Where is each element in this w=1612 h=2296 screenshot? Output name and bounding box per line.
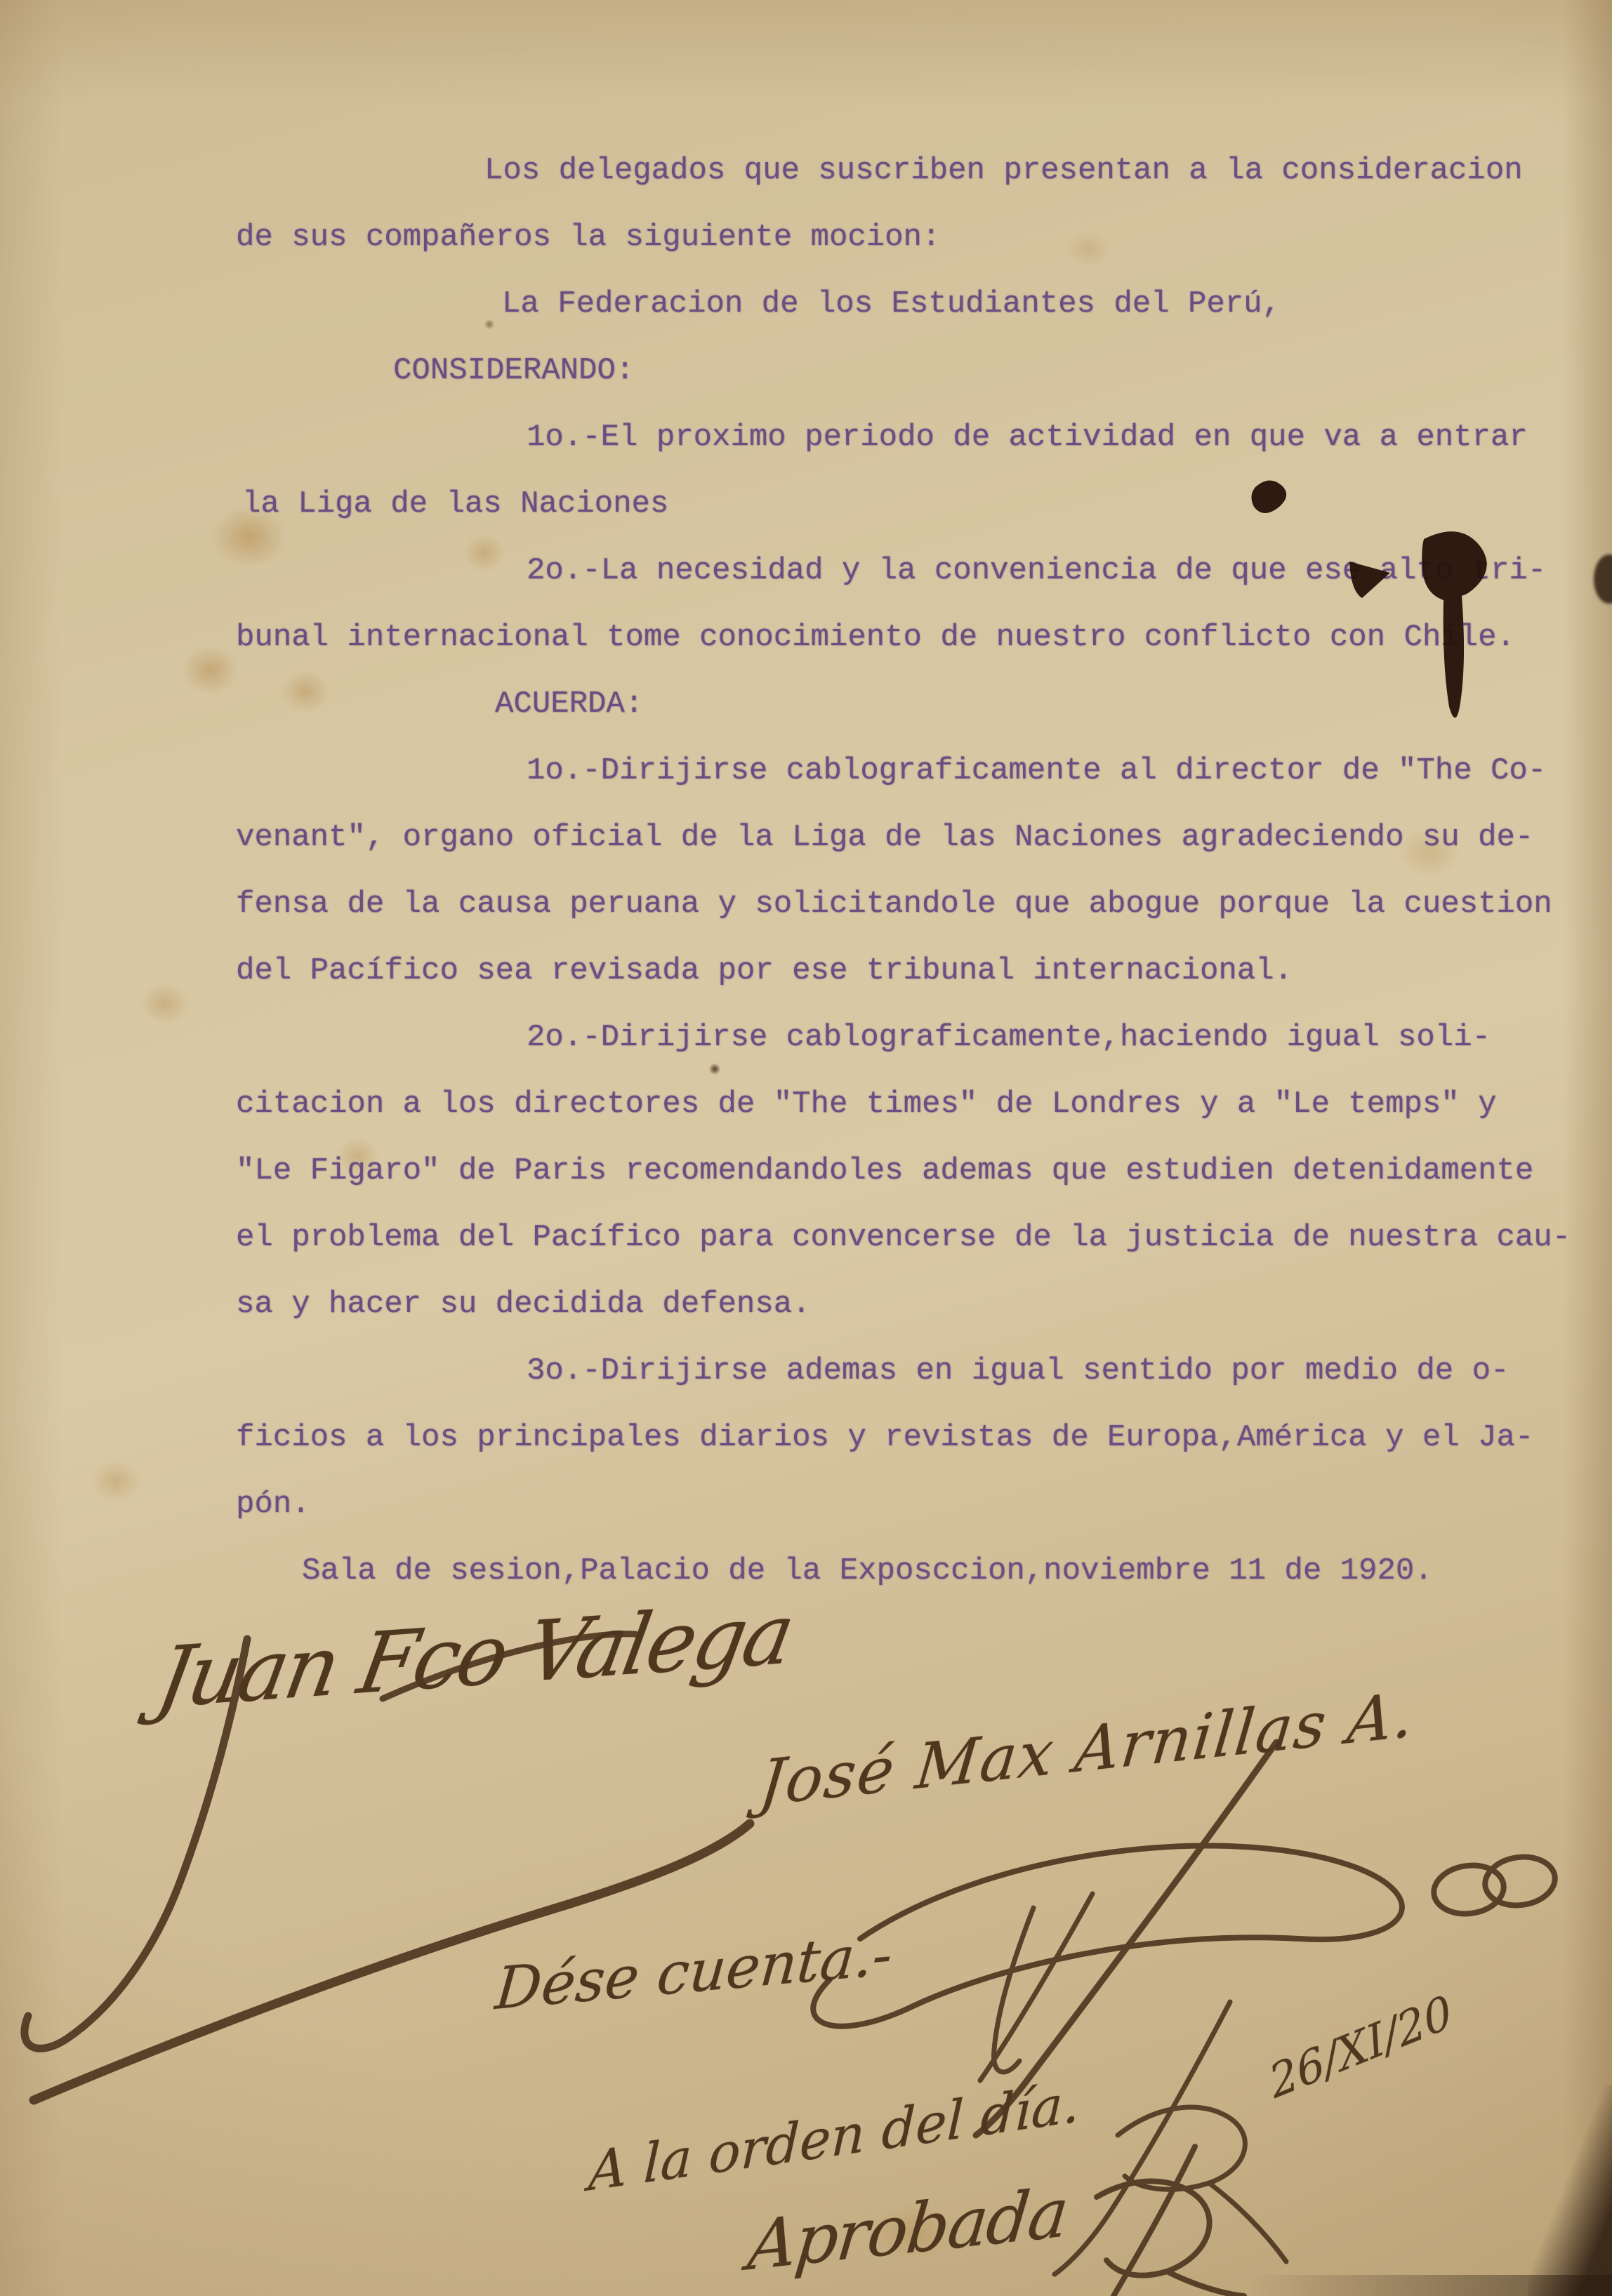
- typed-line: venant", organo oficial de la Liga de la…: [236, 820, 1533, 855]
- orden-del-dia-rubric: [1118, 2107, 1245, 2189]
- typed-line: 2o.-La necesidad y la conveniencia de qu…: [527, 553, 1546, 588]
- typed-line: "Le Figaro" de Paris recomendandoles ade…: [236, 1153, 1533, 1188]
- typed-line: de sus compañeros la siguiente mocion:: [236, 220, 940, 255]
- typed-line: 1o.-Dirijirse cablograficamente al direc…: [527, 753, 1546, 788]
- typed-line: citacion a los directores de "The times"…: [236, 1087, 1497, 1122]
- aprobada-rubric: [1097, 2182, 1210, 2276]
- typed-line: pón.: [236, 1487, 310, 1522]
- signature-jose-max-arnillas: José Max Arnillas A.: [756, 1678, 1418, 1820]
- arnillas-flourish-loops: [813, 1846, 1402, 2026]
- typed-line: Los delegados que suscriben presentan a …: [484, 153, 1523, 188]
- typed-line: 2o.-Dirijirse cablograficamente,haciendo…: [527, 1020, 1491, 1055]
- ink-blot: [1251, 480, 1286, 513]
- typed-line: fensa de la causa peruana y solicitandol…: [236, 887, 1552, 922]
- document-page: Los delegados que suscriben presentan a …: [0, 0, 1612, 2296]
- typed-line: la Liga de las Naciones: [242, 486, 668, 522]
- typed-line: 1o.-El proximo periodo de actividad en q…: [527, 420, 1528, 455]
- foxing-stain: [281, 670, 330, 712]
- signature-juan-fco-valega: Juan Fco Valega: [150, 1585, 799, 1727]
- arnillas-diagonal-stroke: [976, 1742, 1276, 2135]
- orden-del-dia-rubric: [1055, 2002, 1230, 2274]
- page-corner-shadow: [1528, 2085, 1612, 2296]
- typed-line: Sala de sesion,Palacio de la Exposccion,…: [302, 1553, 1433, 1588]
- annotation-date: 26/XI/20: [1264, 1986, 1458, 2109]
- foxing-stain: [140, 983, 190, 1025]
- ink-speck: [709, 1063, 720, 1075]
- annotation-aprobada: Aprobada: [744, 2172, 1071, 2286]
- foxing-stain: [463, 533, 506, 572]
- typed-line: sa y hacer su decidida defensa.: [236, 1287, 811, 1322]
- dese-cuenta-rubric: [980, 1894, 1092, 2081]
- typed-line: ACUERDA:: [495, 686, 643, 722]
- dese-cuenta-rubric: [993, 1908, 1033, 2072]
- aprobada-rubric: [1114, 2146, 1195, 2296]
- foxing-stain: [1067, 232, 1109, 267]
- typed-line: el problema del Pacífico para convencers…: [236, 1220, 1571, 1255]
- arnillas-flourish-ring: [1431, 1861, 1507, 1918]
- typed-line: 3o.-Dirijirse ademas en igual sentido po…: [527, 1353, 1509, 1388]
- arnillas-flourish-ring: [1482, 1852, 1558, 1909]
- annotation-dese-cuenta: Dése cuenta.-: [493, 1921, 895, 2023]
- foxing-stain: [183, 646, 239, 695]
- typed-line: La Federacion de los Estudiantes del Per…: [502, 286, 1281, 321]
- typed-line: bunal internacional tome conocimiento de…: [236, 620, 1515, 655]
- orden-del-dia-rubric: [1209, 2183, 1286, 2262]
- aprobada-rubric: [1167, 2271, 1244, 2296]
- page-edge-shadow: [1247, 2275, 1612, 2296]
- page-edge-tear: [1594, 555, 1612, 604]
- ink-speck: [484, 319, 494, 329]
- typed-line: CONSIDERANDO:: [393, 353, 634, 388]
- typed-line: ficios a los principales diarios y revis…: [236, 1420, 1533, 1455]
- typed-line: del Pacífico sea revisada por ese tribun…: [236, 953, 1293, 988]
- foxing-stain: [91, 1460, 140, 1502]
